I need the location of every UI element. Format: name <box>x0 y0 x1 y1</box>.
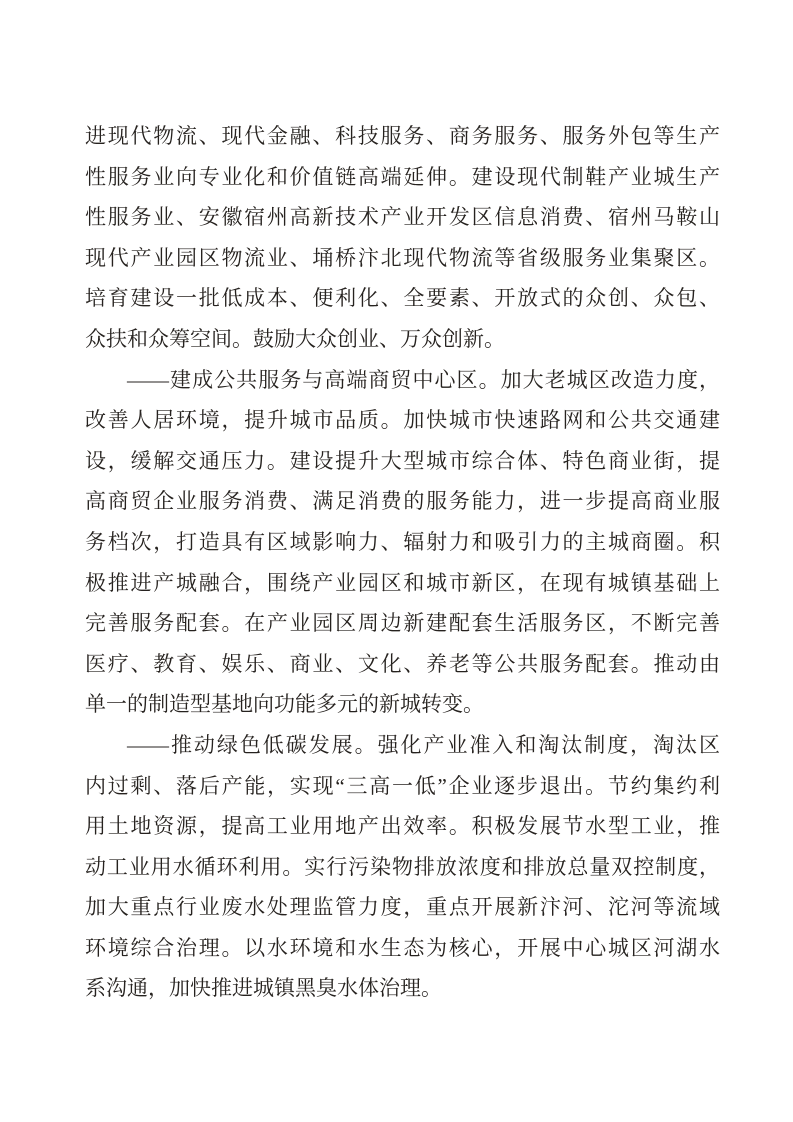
text-line: 务档次，打造具有区域影响力、辐射力和吸引力的主城商圈。积 <box>85 522 720 563</box>
text-line: 环境综合治理。以水环境和水生态为核心，开展中心城区河湖水 <box>85 928 720 969</box>
text-line: 加大重点行业废水处理监管力度，重点开展新汴河、沱河等流域 <box>85 887 720 928</box>
text-line: 内过剩、落后产能，实现“三高一低”企业逐步退出。节约集约利 <box>85 766 720 807</box>
document-page: 进现代物流、现代金融、科技服务、商务服务、服务外包等生产 性服务业向专业化和价值… <box>0 0 793 1122</box>
text-line: 完善服务配套。在产业园区周边新建配套生活服务区，不断完善 <box>85 603 720 644</box>
text-line: ——建成公共服务与高端商贸中心区。加大老城区改造力度， <box>85 360 720 401</box>
text-line: 医疗、教育、娱乐、商业、文化、养老等公共服务配套。推动由 <box>85 644 720 685</box>
text-line: 性服务业向专业化和价值链高端延伸。建设现代制鞋产业城生产 <box>85 157 720 198</box>
paragraph: ——推动绿色低碳发展。强化产业准入和淘汰制度，淘汰区 内过剩、落后产能，实现“三… <box>85 725 720 1009</box>
text-line: 进现代物流、现代金融、科技服务、商务服务、服务外包等生产 <box>85 116 720 157</box>
text-line: 改善人居环境，提升城市品质。加快城市快速路网和公共交通建 <box>85 400 720 441</box>
text-line: 单一的制造型基地向功能多元的新城转变。 <box>85 684 720 725</box>
text-line: 高商贸企业服务消费、满足消费的服务能力，进一步提高商业服 <box>85 481 720 522</box>
paragraph: 进现代物流、现代金融、科技服务、商务服务、服务外包等生产 性服务业向专业化和价值… <box>85 116 720 360</box>
text-line: ——推动绿色低碳发展。强化产业准入和淘汰制度，淘汰区 <box>85 725 720 766</box>
text-line: 动工业用水循环利用。实行污染物排放浓度和排放总量双控制度， <box>85 847 720 888</box>
text-line: 用土地资源，提高工业用地产出效率。积极发展节水型工业，推 <box>85 806 720 847</box>
paragraph: ——建成公共服务与高端商贸中心区。加大老城区改造力度， 改善人居环境，提升城市品… <box>85 360 720 725</box>
text-line: 系沟通，加快推进城镇黑臭水体治理。 <box>85 968 720 1009</box>
text-column: 进现代物流、现代金融、科技服务、商务服务、服务外包等生产 性服务业向专业化和价值… <box>85 116 720 1009</box>
text-line: 现代产业园区物流业、埇桥汴北现代物流等省级服务业集聚区。 <box>85 238 720 279</box>
text-line: 众扶和众筹空间。鼓励大众创业、万众创新。 <box>85 319 720 360</box>
text-line: 设，缓解交通压力。建设提升大型城市综合体、特色商业街，提 <box>85 441 720 482</box>
text-line: 极推进产城融合，围绕产业园区和城市新区，在现有城镇基础上 <box>85 563 720 604</box>
text-line: 性服务业、安徽宿州高新技术产业开发区信息消费、宿州马鞍山 <box>85 197 720 238</box>
text-line: 培育建设一批低成本、便利化、全要素、开放式的众创、众包、 <box>85 278 720 319</box>
